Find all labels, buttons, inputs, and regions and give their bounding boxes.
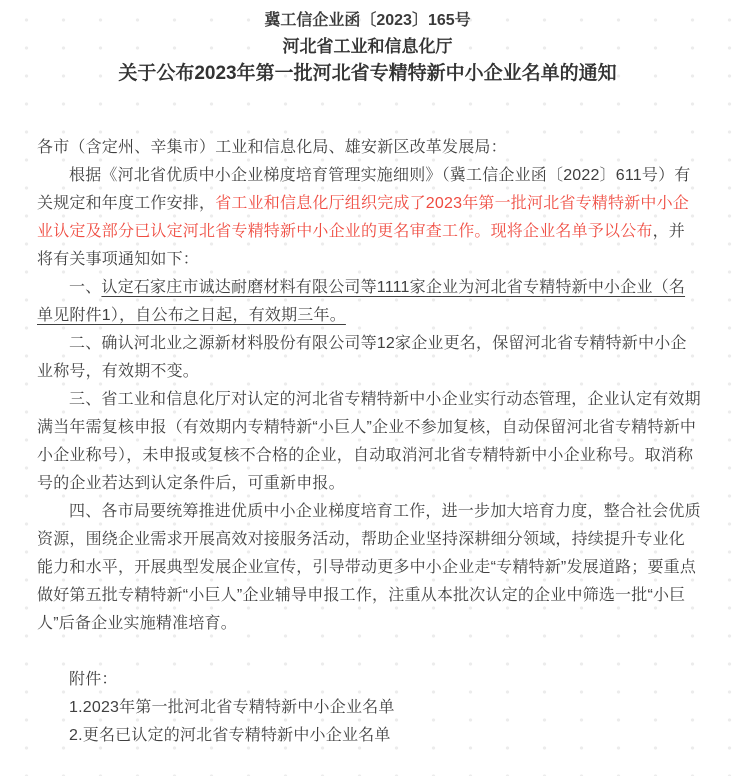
document-body: 各市（含定州、辛集市）工业和信息化局、雄安新区改革发展局： 根据《河北省优质中小… [37, 134, 701, 750]
attachment-item: 1.2023年第一批河北省专精特新中小企业名单 [37, 694, 701, 722]
attachments-section: 附件： 1.2023年第一批河北省专精特新中小企业名单 2.更名已认定的河北省专… [37, 666, 701, 750]
item-3: 三、省工业和信息化厅对认定的河北省专精特新中小企业实行动态管理，企业认定有效期满… [37, 386, 701, 498]
notice-page: 冀工信企业函〔2023〕165号 河北省工业和信息化厅 关于公布2023年第一批… [0, 0, 735, 776]
document-title: 关于公布2023年第一批河北省专精特新中小企业名单的通知 [0, 60, 735, 88]
item-1: 一、认定石家庄市诚达耐磨材料有限公司等1111家企业为河北省专精特新中小企业（名… [37, 274, 701, 330]
document-header: 冀工信企业函〔2023〕165号 河北省工业和信息化厅 关于公布2023年第一批… [0, 0, 735, 88]
item-1-underlined-text: 认定石家庄市诚达耐磨材料有限公司等1111家企业为河北省专精特新中小企业（名单见… [37, 279, 685, 324]
attachment-item: 2.更名已认定的河北省专精特新中小企业名单 [37, 722, 701, 750]
salutation: 各市（含定州、辛集市）工业和信息化局、雄安新区改革发展局： [37, 134, 701, 162]
item-4: 四、各市局要统筹推进优质中小企业梯度培育工作，进一步加大培育力度，整合社会优质资… [37, 498, 701, 638]
attachments-label: 附件： [37, 666, 701, 694]
issuer-name: 河北省工业和信息化厅 [0, 34, 735, 60]
item-1-number: 一、 [69, 279, 101, 296]
item-2: 二、确认河北业之源新材料股份有限公司等12家企业更名，保留河北省专精特新中小企业… [37, 330, 701, 386]
doc-number: 冀工信企业函〔2023〕165号 [0, 8, 735, 34]
paragraph-intro: 根据《河北省优质中小企业梯度培育管理实施细则》（冀工信企业函〔2022〕611号… [37, 162, 701, 274]
